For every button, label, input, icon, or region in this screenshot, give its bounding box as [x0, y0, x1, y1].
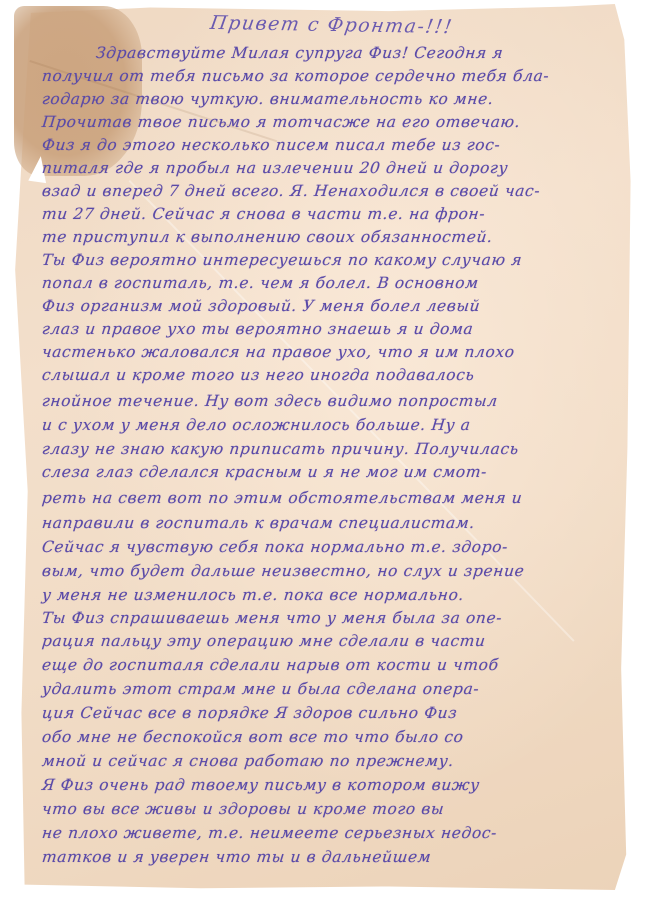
letter-line: слышал и кроме того из него иногда подав… [41, 366, 475, 384]
handwritten-letter: Привет с Фронта-!!! Здравствуйте Милая с… [0, 0, 650, 900]
letter-line: Я Физ очень рад твоему письму в котором … [41, 776, 481, 794]
letter-line: Ты Физ спрашиваешь меня что у меня была … [41, 609, 503, 627]
letter-line: Физ я до этого несколько писем писал теб… [41, 136, 501, 154]
letter-line: попал в госпиталь, т.е. чем я болел. В о… [41, 274, 480, 292]
letter-line: Сейчас я чувствую себя пока нормально т.… [41, 538, 509, 556]
letter-line: годарю за твою чуткую. внимательность ко… [41, 90, 494, 108]
letter-line: еще до госпиталя сделали нарыв от кости … [41, 656, 500, 674]
letter-line: слеза глаз сделался красным и я не мог и… [41, 463, 488, 481]
letter-line: глаз и правое ухо ты вероятно знаешь я и… [41, 320, 474, 338]
letter-title: Привет с Фронта-!!! [209, 12, 455, 38]
letter-line: не плохо живете, т.е. неимеете серьезных… [41, 824, 498, 842]
letter-line: направили в госпиталь к врачам специалис… [41, 514, 476, 532]
letter-line: мной и сейчас я снова работаю по прежнем… [41, 752, 455, 770]
letter-line: частенько жаловался на правое ухо, что я… [41, 343, 516, 361]
letter-line: получил от тебя письмо за которое сердеч… [41, 67, 550, 85]
letter-line: Прочитав твое письмо я тотчасже на его о… [41, 113, 521, 131]
letter-line: Здравствуйте Милая супруга Физ! Сегодня … [95, 44, 504, 62]
letter-line: и с ухом у меня дело осложнилось больше.… [41, 416, 471, 434]
letter-line: вым, что будет дальше неизвестно, но слу… [41, 562, 525, 580]
letter-line: татков и я уверен что ты и в дальнейшем [41, 848, 432, 866]
letter-line: что вы все живы и здоровы и кроме того в… [41, 800, 445, 818]
letter-line: рация пальцу эту операцию мне сделали в … [41, 632, 487, 650]
letter-line: удалить этот страм мне и была сделана оп… [41, 680, 480, 698]
letter-line: обо мне не беспокойся вот все то что был… [41, 728, 464, 746]
letter-line: Физ организм мой здоровый. У меня болел … [41, 297, 481, 315]
letter-line: у меня не изменилось т.е. пока все норма… [41, 586, 465, 604]
letter-line: те приступил к выполнению своих обязанно… [41, 228, 494, 246]
letter-line: ти 27 дней. Сейчас я снова в части т.е. … [41, 205, 486, 223]
letter-line: ция Сейчас все в порядке Я здоров сильно… [41, 704, 458, 722]
letter-line: гнойное течение. Ну вот здесь видимо поп… [41, 392, 499, 410]
letter-line: взад и вперед 7 дней всего. Я. Ненаходил… [41, 182, 541, 200]
letter-line: Ты Физ вероятно интересуешься по какому … [41, 251, 523, 269]
letter-line: глазу не знаю какую приписать причину. П… [41, 440, 520, 458]
letter-line: питаля где я пробыл на излечении 20 дней… [41, 159, 509, 177]
letter-line: реть на свет вот по этим обстоятельствам… [41, 489, 523, 507]
